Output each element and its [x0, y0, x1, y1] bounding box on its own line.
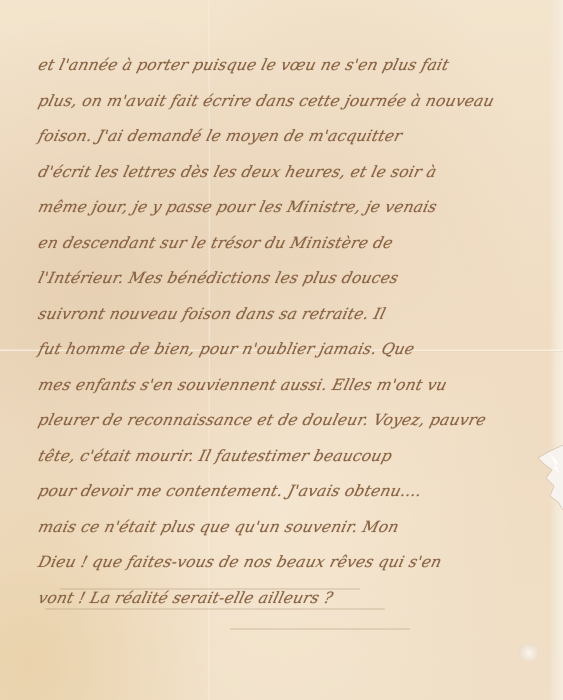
text-line: foison. J'ai demandé le moyen de m'acqui… [34, 119, 513, 155]
text-line: pour devoir me contentement. J'avais obt… [34, 474, 513, 510]
text-line: plus, on m'avait fait écrire dans cette … [34, 84, 513, 120]
text-line: mais ce n'était plus que qu'un souvenir.… [34, 510, 513, 546]
text-line: mes enfants s'en souviennent aussi. Elle… [34, 368, 513, 404]
text-line: pleurer de reconnaissance et de douleur.… [34, 403, 513, 439]
text-line: tête, c'était mourir. Il fautestimer bea… [34, 439, 513, 475]
handwritten-text-block: et l'année à porter puisque le vœu ne s'… [34, 48, 504, 616]
ghost-line [230, 628, 410, 630]
ghost-line [60, 588, 360, 590]
text-line: et l'année à porter puisque le vœu ne s'… [34, 48, 513, 84]
text-line: même jour, je y passe pour les Ministre,… [34, 190, 513, 226]
text-line: fut homme de bien, pour n'oublier jamais… [34, 332, 513, 368]
letter-page: et l'année à porter puisque le vœu ne s'… [0, 0, 563, 700]
ghost-line [45, 608, 385, 610]
text-line: en descendant sur le trésor du Ministère… [34, 226, 513, 262]
paper-stain [518, 643, 540, 663]
text-line: suivront nouveau foison dans sa retraite… [34, 297, 513, 333]
text-line: d'écrit les lettres dès les deux heures,… [34, 155, 513, 191]
text-line: l'Intérieur. Mes bénédictions les plus d… [34, 261, 513, 297]
paper-tear [530, 440, 563, 520]
bleed-through-writing [40, 570, 420, 660]
